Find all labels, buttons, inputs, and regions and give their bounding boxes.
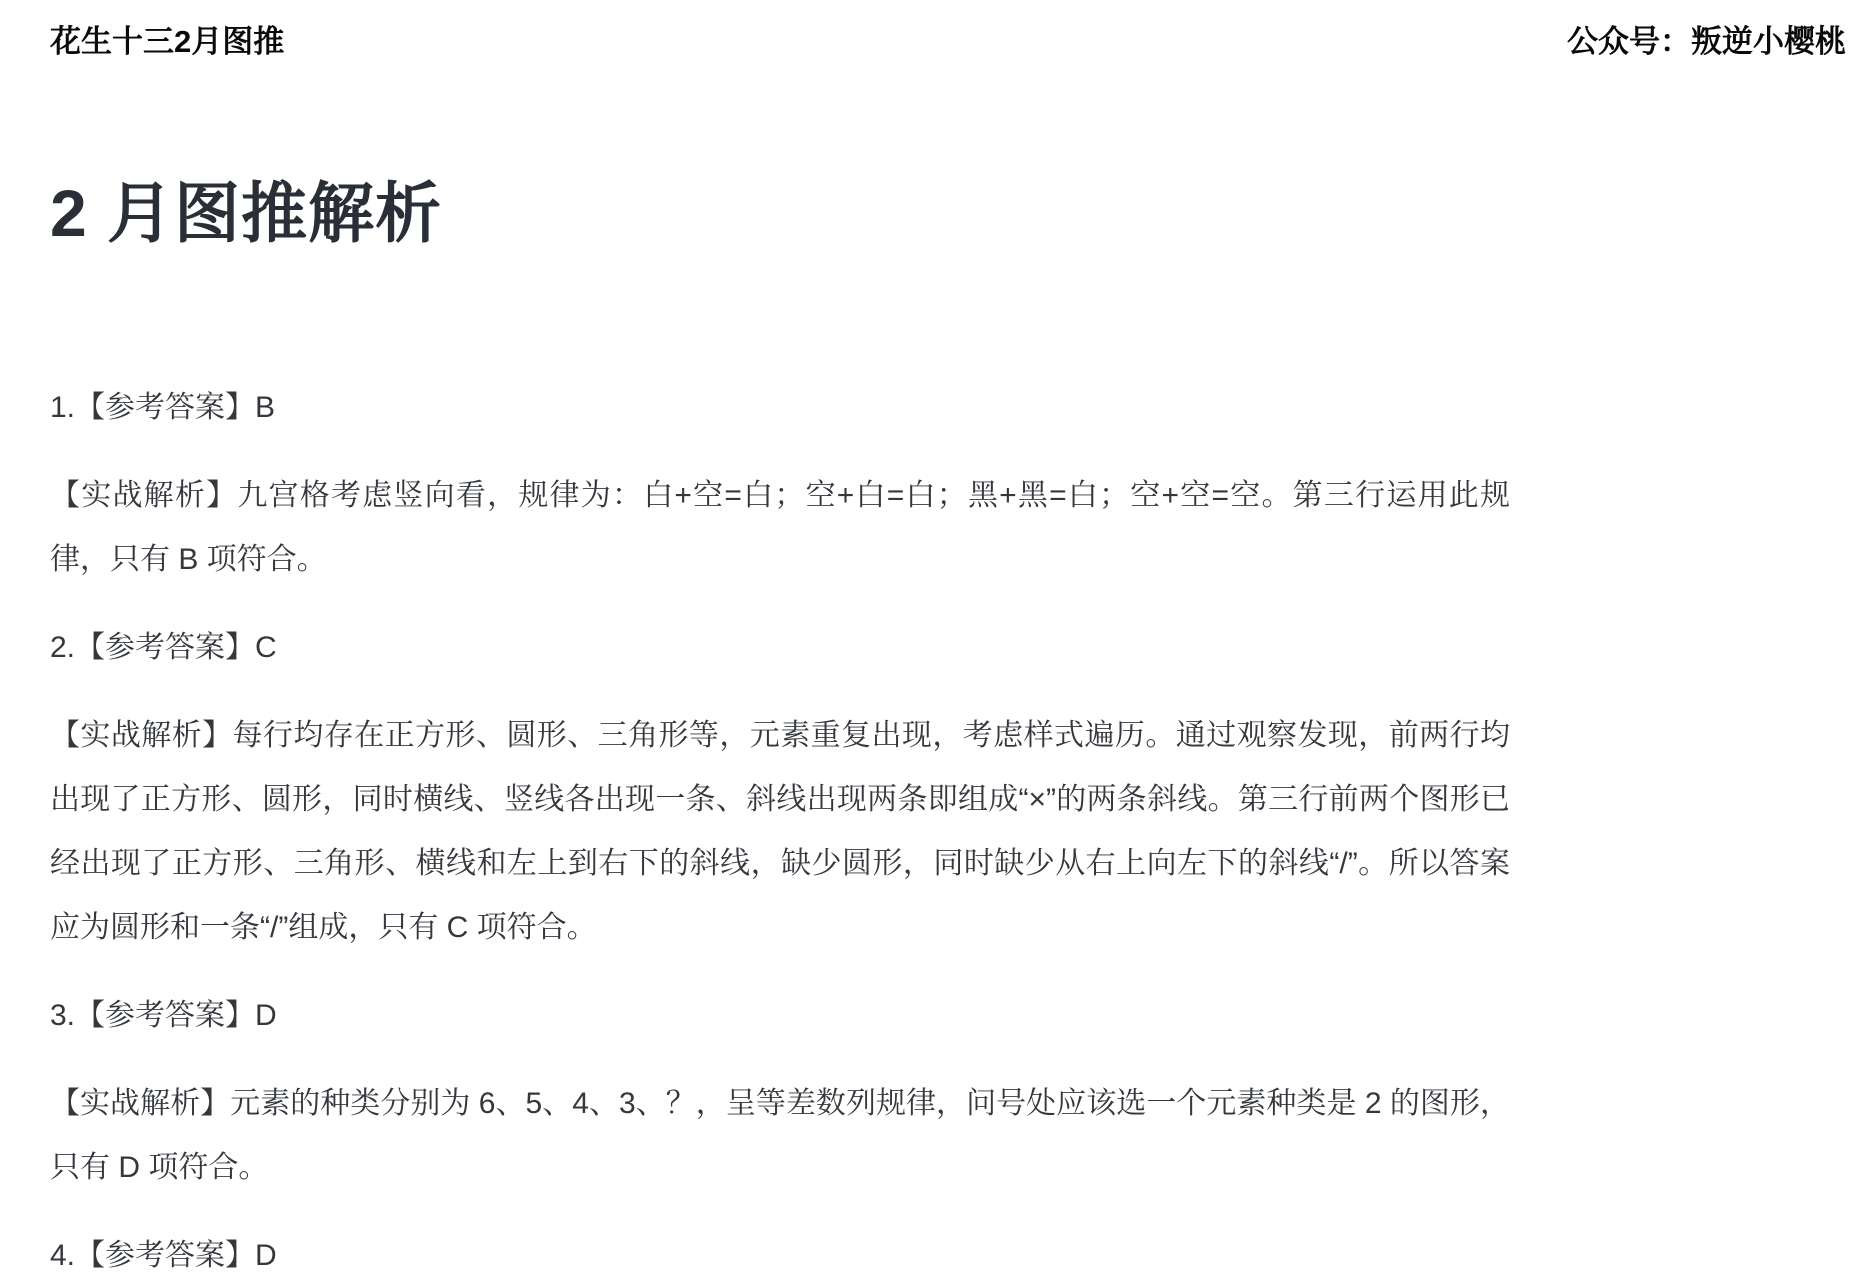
- answer-line-3: 3.【参考答案】D: [50, 984, 1510, 1048]
- page-header: 花生十三2月图推 公众号：叛逆小樱桃: [0, 0, 1870, 65]
- doc-title: 2 月图推解析: [50, 169, 1510, 258]
- document-page: 花生十三2月图推 公众号：叛逆小樱桃 2 月图推解析 1.【参考答案】B 【实战…: [0, 0, 1870, 1284]
- analysis-paragraph-2: 【实战解析】每行均存在正方形、圆形、三角形等，元素重复出现，考虑样式遍历。通过观…: [50, 704, 1510, 960]
- analysis-paragraph-3: 【实战解析】元素的种类分别为 6、5、4、3、？，呈等差数列规律，问号处应该选一…: [50, 1072, 1510, 1200]
- document-content: 2 月图推解析 1.【参考答案】B 【实战解析】九宫格考虑竖向看，规律为：白+空…: [0, 169, 1870, 1284]
- header-right-account: 公众号：叛逆小樱桃: [1567, 20, 1846, 65]
- analysis-paragraph-1: 【实战解析】九宫格考虑竖向看，规律为：白+空=白；空+白=白；黑+黑=白；空+空…: [50, 464, 1510, 592]
- answer-line-4: 4.【参考答案】D: [50, 1224, 1510, 1284]
- answer-line-1: 1.【参考答案】B: [50, 376, 1510, 440]
- header-left-title: 花生十三2月图推: [50, 20, 284, 65]
- answer-line-2: 2.【参考答案】C: [50, 616, 1510, 680]
